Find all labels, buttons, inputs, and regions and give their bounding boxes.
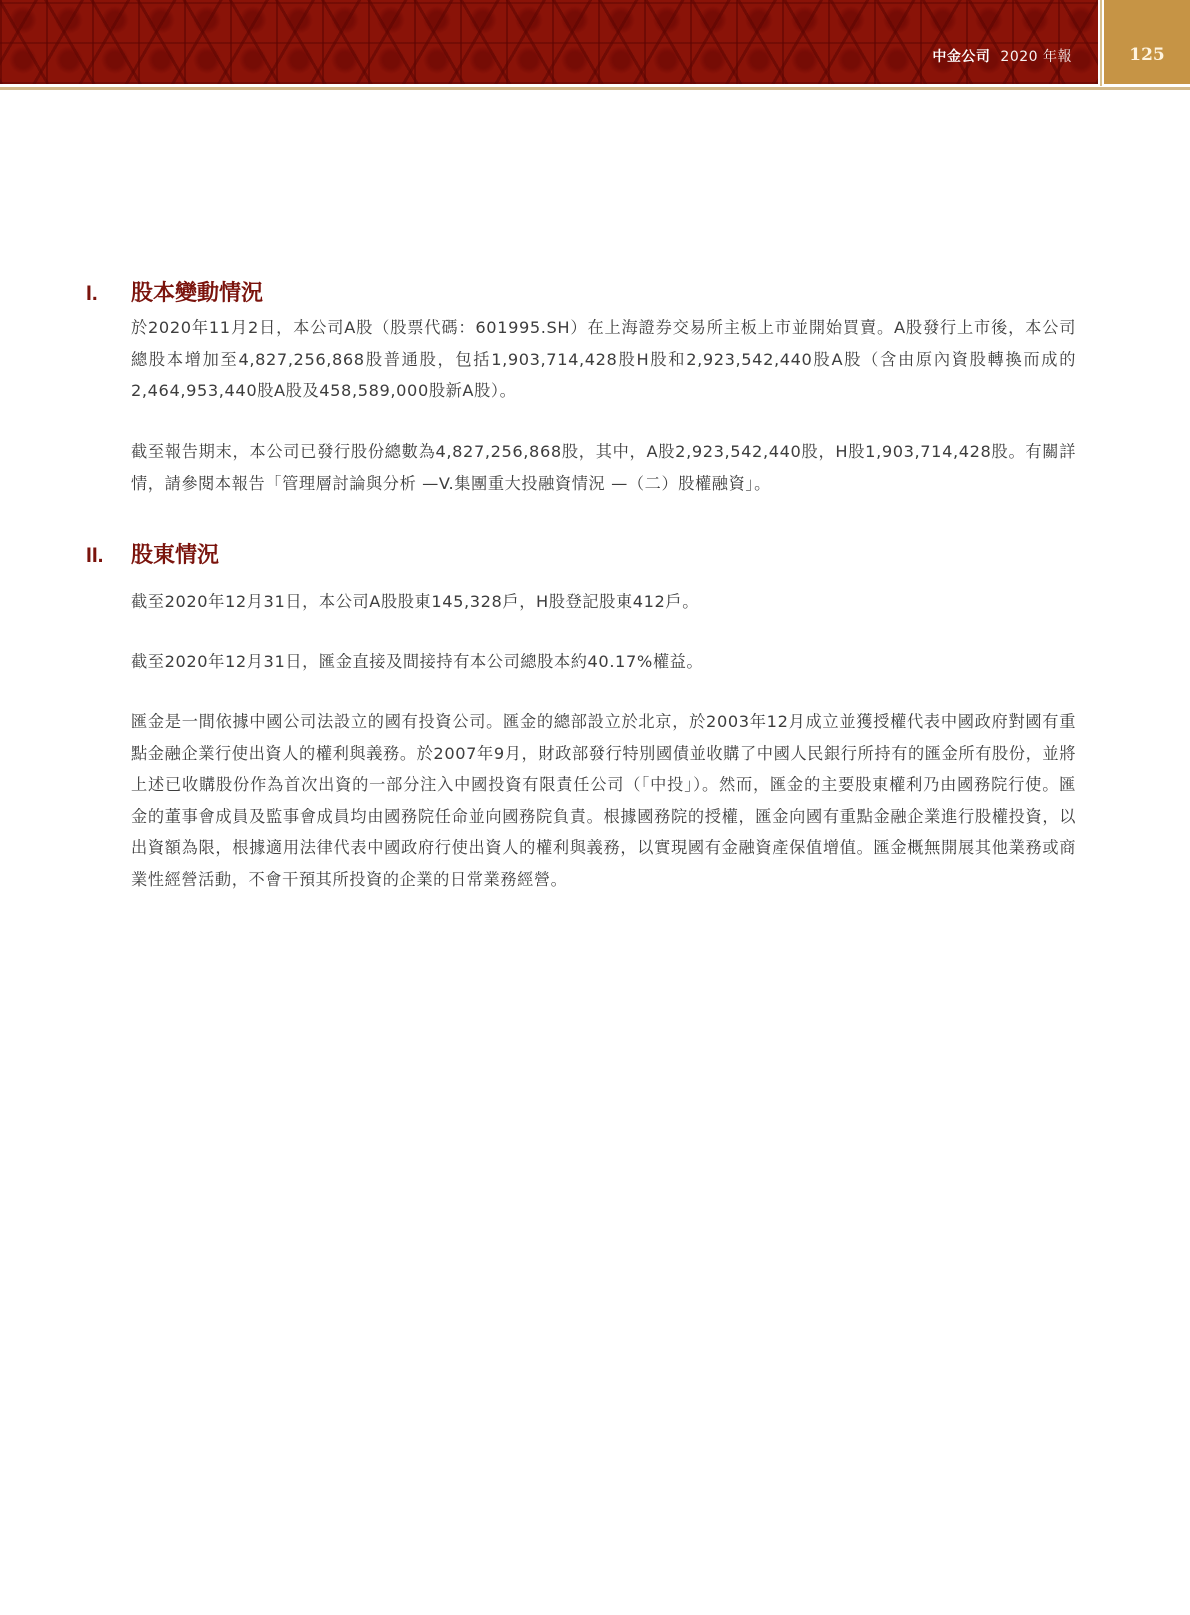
- section-number: I.: [86, 282, 131, 306]
- page-number-box: 125: [1104, 0, 1190, 84]
- section-heading-shareholders: II.股東情況: [86, 538, 219, 569]
- paragraph: 截至2020年12月31日，匯金直接及間接持有本公司總股本約40.17%權益。: [131, 646, 1076, 678]
- paragraph: 於2020年11月2日，本公司A股（股票代碼：601995.SH）在上海證券交易…: [131, 312, 1076, 407]
- page-header: 中金公司2020 年報 125: [0, 0, 1190, 86]
- section-heading-share-capital: I.股本變動情況: [86, 276, 263, 307]
- paragraph: 匯金是一間依據中國公司法設立的國有投資公司。匯金的總部設立於北京，於2003年1…: [131, 706, 1076, 895]
- paragraph: 截至2020年12月31日，本公司A股股東145,328戶，H股登記股東412戶…: [131, 586, 1076, 618]
- section-title: 股本變動情況: [131, 281, 263, 306]
- header-rule: [0, 87, 1190, 90]
- company-name: 中金公司: [932, 49, 990, 65]
- header-banner: 中金公司2020 年報: [0, 0, 1098, 84]
- page-number: 125: [1104, 45, 1190, 65]
- section-title: 股東情況: [131, 543, 219, 568]
- report-name: 2020 年報: [1000, 49, 1072, 65]
- section-number: II.: [86, 544, 131, 568]
- paragraph: 截至報告期末，本公司已發行股份總數為4,827,256,868股，其中，A股2,…: [131, 436, 1076, 499]
- report-title: 中金公司2020 年報: [932, 46, 1072, 66]
